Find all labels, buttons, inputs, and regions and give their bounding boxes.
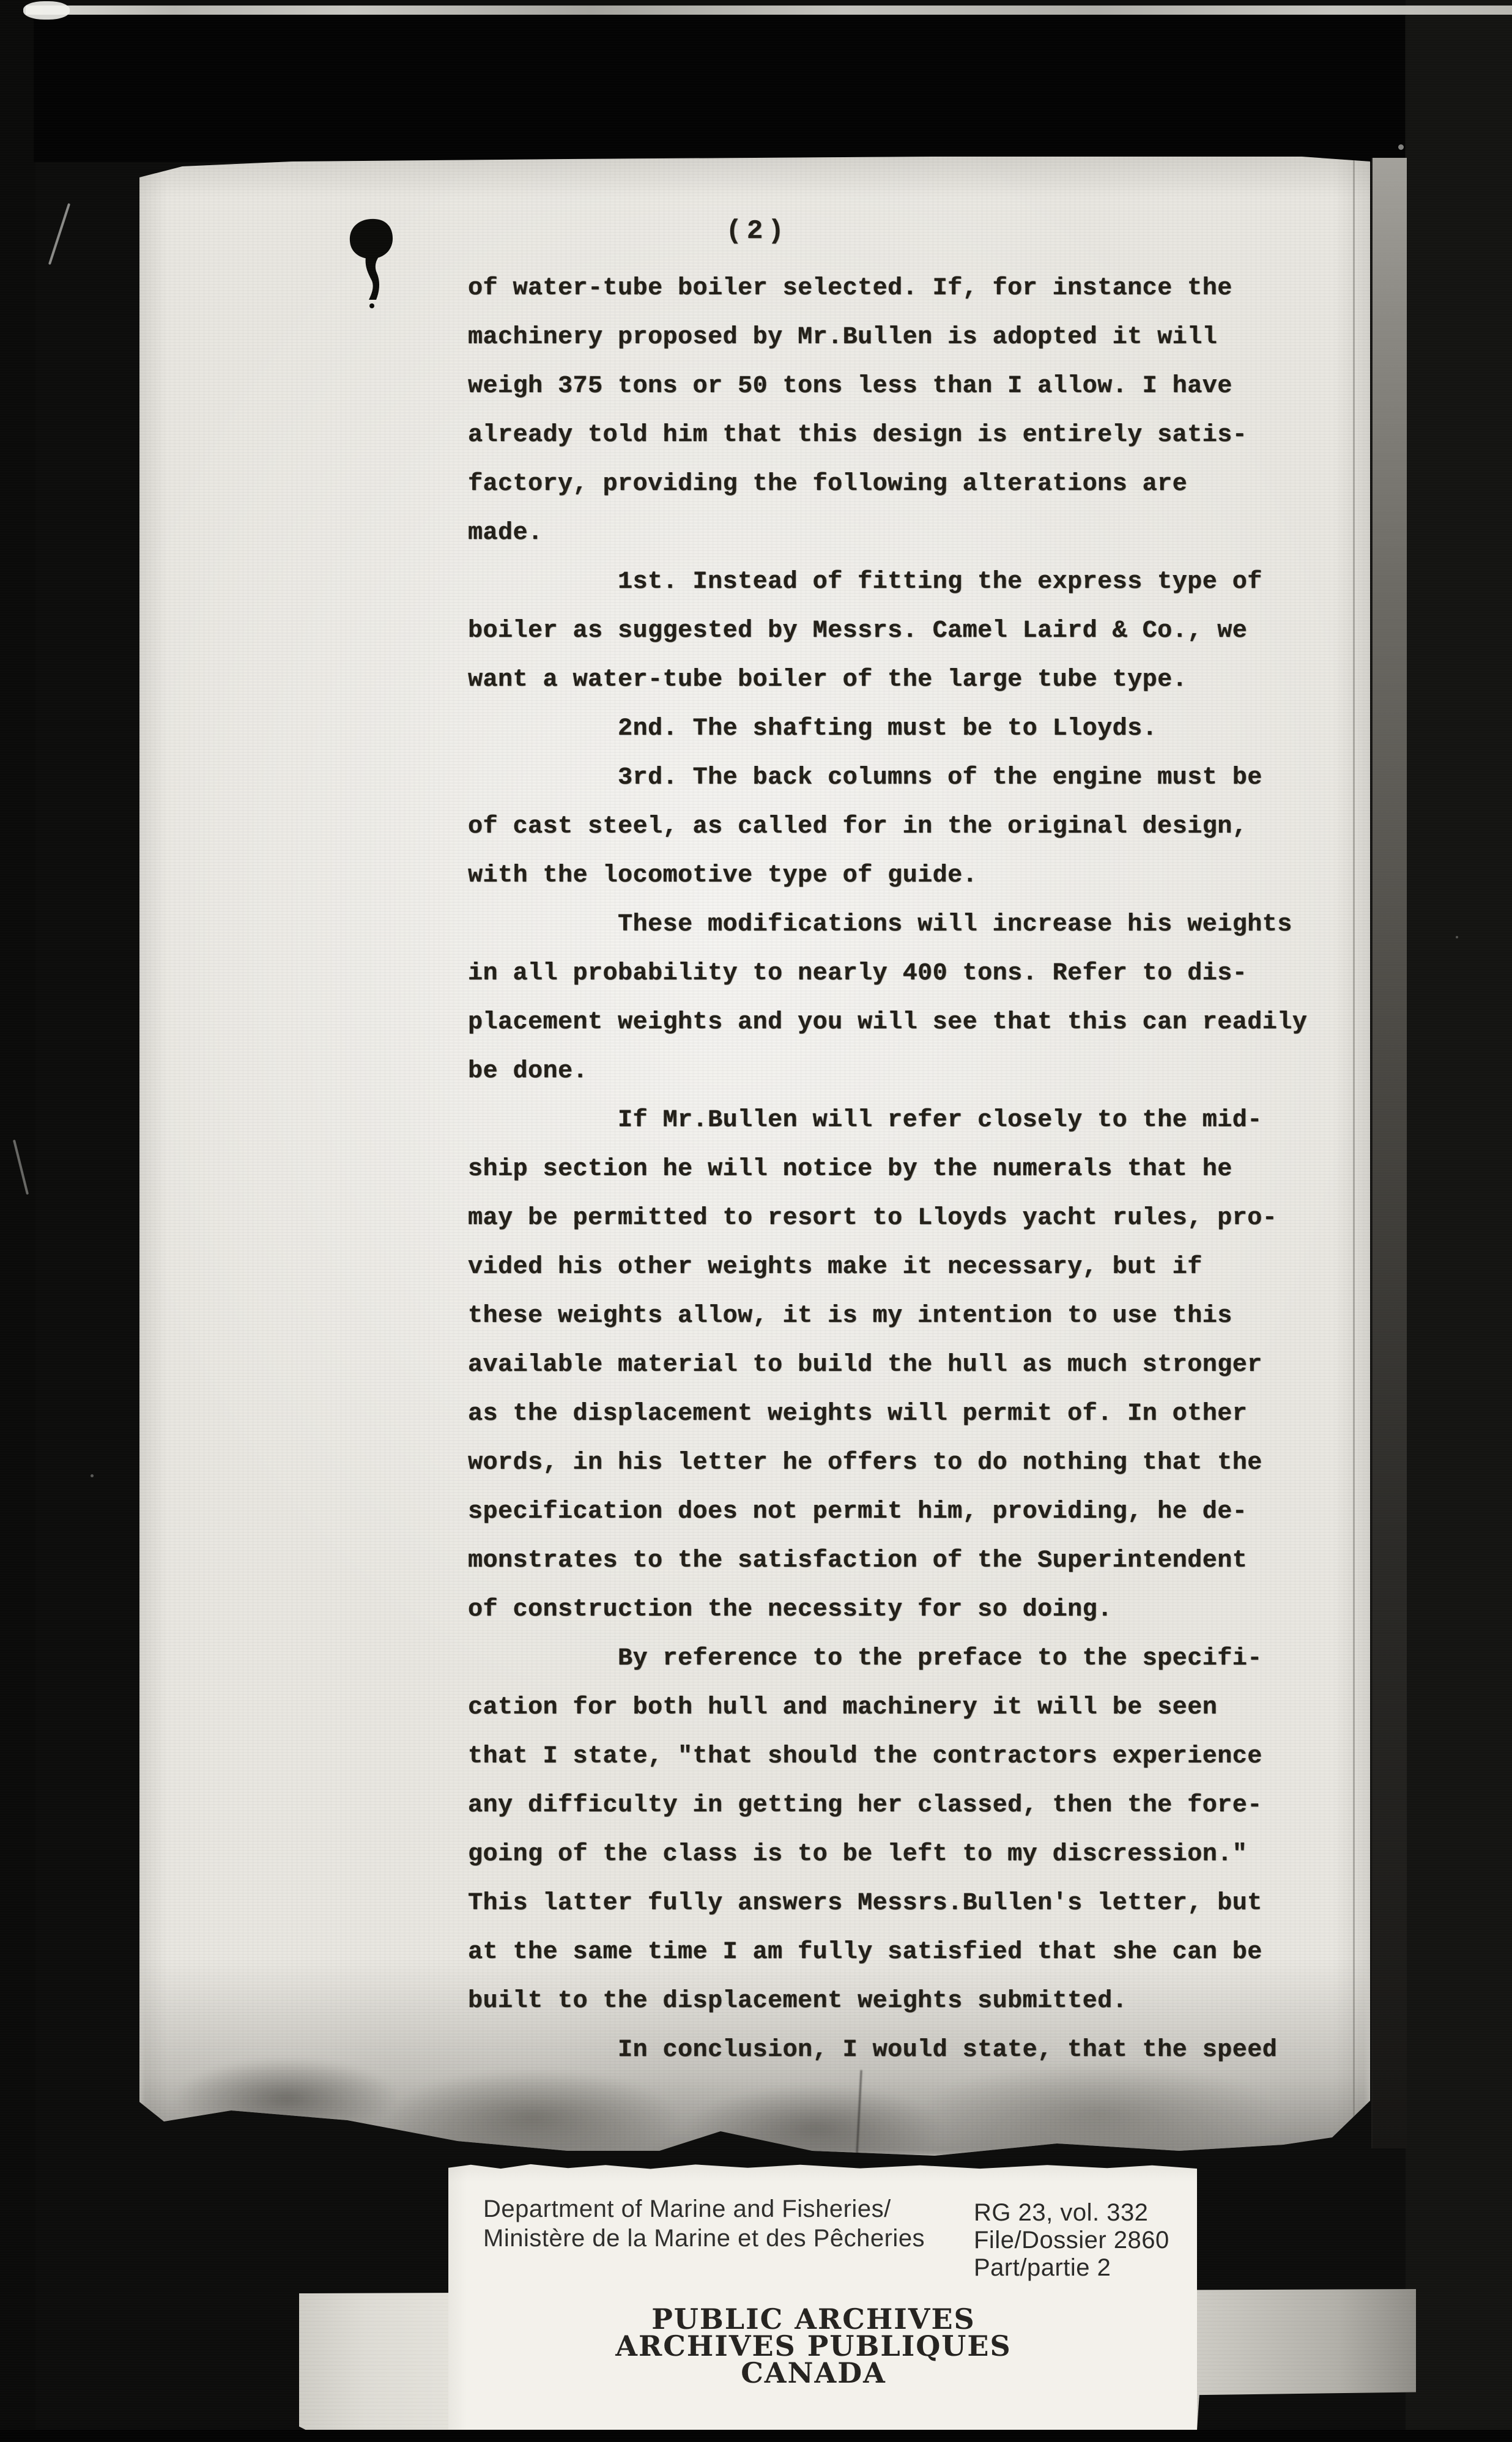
document-page: (2) of water-tube boiler selected. If, f… — [139, 155, 1370, 2157]
stamp-line-canada: CANADA — [324, 2359, 1303, 2386]
film-bottom-edge — [0, 2430, 1512, 2442]
reference-record-group: RG 23, vol. 332 — [974, 2199, 1169, 2227]
stamp-line-en: PUBLIC ARCHIVES — [324, 2306, 1303, 2333]
stamp-line-fr: ARCHIVES PUBLIQUES — [324, 2333, 1303, 2359]
film-right-edge — [1406, 0, 1512, 2442]
film-left-edge — [0, 0, 35, 2442]
department-name-fr: Ministère de la Marine et des Pêcheries — [483, 2224, 925, 2253]
department-name: Department of Marine and Fisheries/ Mini… — [483, 2194, 925, 2253]
page-edge-shadow — [1371, 158, 1407, 2148]
public-archives-stamp: PUBLIC ARCHIVES ARCHIVES PUBLIQUES CANAD… — [324, 2306, 1303, 2386]
archive-reference: RG 23, vol. 332 File/Dossier 2860 Part/p… — [974, 2199, 1169, 2282]
film-dark-area — [34, 15, 1405, 162]
paper-crease — [856, 2070, 862, 2156]
dust-speck — [1398, 144, 1404, 150]
typed-body-text: of water-tube boiler selected. If, for i… — [468, 264, 1373, 2075]
film-scratch — [48, 203, 70, 265]
department-name-en: Department of Marine and Fisheries/ — [483, 2194, 925, 2224]
dust-speck — [1456, 936, 1458, 938]
archival-label: Department of Marine and Fisheries/ Mini… — [448, 2164, 1197, 2439]
ink-blot — [341, 214, 409, 312]
page-number: (2) — [690, 216, 825, 247]
film-frame-divider — [26, 6, 1512, 15]
reference-part: Part/partie 2 — [974, 2254, 1169, 2282]
film-frame-mark — [23, 1, 70, 20]
microfilm-scan-frame: (2) of water-tube boiler selected. If, f… — [0, 0, 1512, 2442]
reference-file: File/Dossier 2860 — [974, 2227, 1169, 2254]
dust-speck — [91, 1474, 94, 1477]
